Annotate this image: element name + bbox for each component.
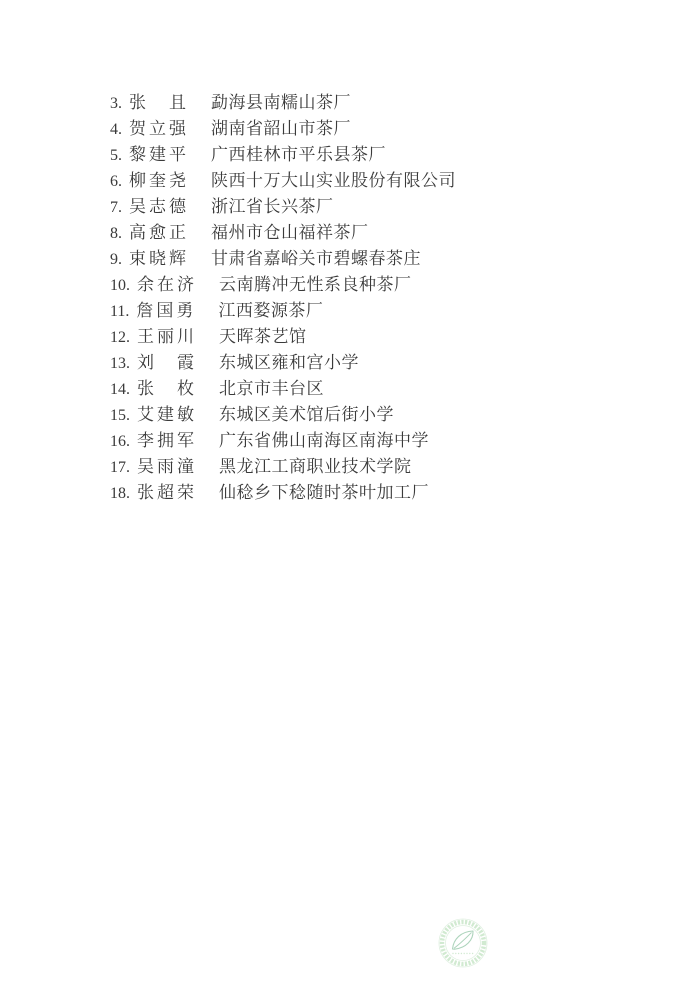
list-item: 16.李拥军广东省佛山南海区南海中学	[110, 428, 456, 454]
entry-person-name: 柳奎尧	[129, 168, 211, 194]
list-item: 9.束晓辉甘肃省嘉峪关市碧螺春茶庄	[110, 246, 456, 272]
entry-person-name: 詹国勇	[136, 298, 218, 324]
entry-person-name: 吴雨潼	[137, 454, 219, 480]
entry-organization: 仙稔乡下稔随时茶叶加工厂	[219, 483, 429, 502]
leaf-watermark-icon	[438, 918, 488, 968]
entry-organization: 勐海县南糯山茶厂	[211, 93, 351, 112]
entry-organization: 湖南省韶山市茶厂	[211, 119, 351, 138]
entry-number: 14.	[110, 377, 130, 403]
list-item: 17.吴雨潼黑龙江工商职业技术学院	[110, 454, 456, 480]
entry-person-name: 束晓辉	[129, 246, 211, 272]
entry-organization: 福州市仓山福祥茶厂	[211, 223, 369, 242]
entry-number: 8.	[110, 221, 122, 247]
entry-organization: 黑龙江工商职业技术学院	[219, 457, 412, 476]
entry-person-name: 李拥军	[137, 428, 219, 454]
list-item: 8.高愈正福州市仓山福祥茶厂	[110, 220, 456, 246]
entrant-list: 3.张 且勐海县南糯山茶厂 4.贺立强湖南省韶山市茶厂 5.黎建平广西桂林市平乐…	[110, 90, 456, 506]
entry-person-name: 艾建敏	[137, 402, 219, 428]
entry-person-name: 吴志德	[129, 194, 211, 220]
entry-number: 4.	[110, 117, 122, 143]
entry-number: 5.	[110, 143, 122, 169]
entry-number: 6.	[110, 169, 122, 195]
entry-number: 11.	[110, 299, 129, 325]
document-page: 3.张 且勐海县南糯山茶厂 4.贺立强湖南省韶山市茶厂 5.黎建平广西桂林市平乐…	[0, 0, 699, 989]
list-item: 11.詹国勇江西婺源茶厂	[110, 298, 456, 324]
entry-organization: 天晖茶艺馆	[219, 327, 307, 346]
entry-organization: 浙江省长兴茶厂	[211, 197, 334, 216]
entry-person-name: 王丽川	[137, 324, 219, 350]
entry-person-name: 张 枚	[137, 376, 219, 402]
entry-number: 18.	[110, 481, 130, 507]
entry-number: 10.	[110, 273, 130, 299]
entry-person-name: 刘 霞	[137, 350, 219, 376]
entry-organization: 江西婺源茶厂	[218, 301, 323, 320]
entry-number: 15.	[110, 403, 130, 429]
entry-organization: 甘肃省嘉峪关市碧螺春茶庄	[211, 249, 421, 268]
entry-number: 17.	[110, 455, 130, 481]
list-item: 5.黎建平广西桂林市平乐县茶厂	[110, 142, 456, 168]
entry-organization: 云南腾冲无性系良种茶厂	[219, 275, 412, 294]
list-item: 18.张超荣仙稔乡下稔随时茶叶加工厂	[110, 480, 456, 506]
entry-organization: 陕西十万大山实业股份有限公司	[211, 171, 456, 190]
list-item: 15.艾建敏东城区美术馆后街小学	[110, 402, 456, 428]
entry-person-name: 黎建平	[129, 142, 211, 168]
entry-person-name: 余在济	[137, 272, 219, 298]
entry-person-name: 张超荣	[137, 480, 219, 506]
entry-organization: 北京市丰台区	[219, 379, 324, 398]
list-item: 3.张 且勐海县南糯山茶厂	[110, 90, 456, 116]
list-item: 6.柳奎尧陕西十万大山实业股份有限公司	[110, 168, 456, 194]
list-item: 14.张 枚北京市丰台区	[110, 376, 456, 402]
entry-number: 12.	[110, 325, 130, 351]
list-item: 10.余在济云南腾冲无性系良种茶厂	[110, 272, 456, 298]
list-item: 4.贺立强湖南省韶山市茶厂	[110, 116, 456, 142]
list-item: 7.吴志德浙江省长兴茶厂	[110, 194, 456, 220]
entry-organization: 广西桂林市平乐县茶厂	[211, 145, 386, 164]
list-item: 13.刘 霞东城区雍和宫小学	[110, 350, 456, 376]
entry-person-name: 贺立强	[129, 116, 211, 142]
entry-number: 13.	[110, 351, 130, 377]
entry-organization: 东城区美术馆后街小学	[219, 405, 394, 424]
entry-organization: 广东省佛山南海区南海中学	[219, 431, 429, 450]
entry-number: 9.	[110, 247, 122, 273]
entry-organization: 东城区雍和宫小学	[219, 353, 359, 372]
entry-number: 7.	[110, 195, 122, 221]
entry-number: 16.	[110, 429, 130, 455]
entry-person-name: 高愈正	[129, 220, 211, 246]
entry-number: 3.	[110, 91, 122, 117]
list-item: 12.王丽川天晖茶艺馆	[110, 324, 456, 350]
entry-person-name: 张 且	[129, 90, 211, 116]
